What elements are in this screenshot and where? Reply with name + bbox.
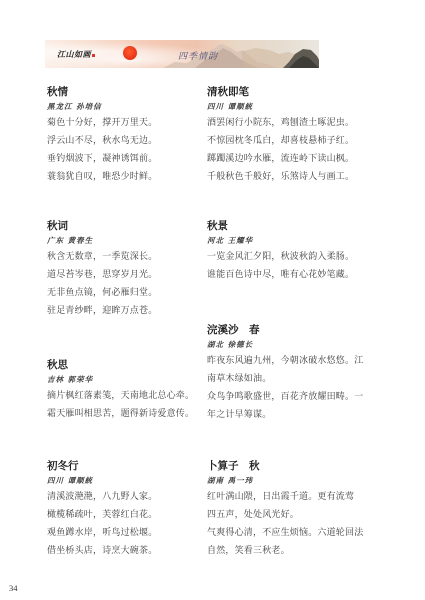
poem-huanxisha-chun: 浣溪沙 春 湖北 徐德长 昨夜东风遍九州，今朝冰破水悠悠。江 南草木绿如油。 众… bbox=[207, 322, 367, 424]
page-number: 34 bbox=[9, 583, 18, 593]
poem-author: 吉林 郭荣华 bbox=[47, 373, 207, 387]
poem-line: 橄榄稀疏叶，芙蓉红白花。 bbox=[47, 506, 207, 524]
poem-title: 浣溪沙 春 bbox=[207, 322, 367, 338]
poem-title: 秋词 bbox=[47, 218, 207, 234]
poem-author: 湖北 徐德长 bbox=[207, 338, 367, 352]
poem-line: 清溪波滟滟，八九野人家。 bbox=[47, 488, 207, 506]
poem-line: 垂钓烟波下，凝神诱饵前。 bbox=[47, 150, 207, 168]
poem-line: 不惊园枕冬瓜白，却喜枝悬柿子红。 bbox=[207, 132, 397, 150]
poem-line: 秋含无数章，一季览深长。 bbox=[47, 248, 207, 266]
poem-line: 无非鱼点镜，何必雁归堂。 bbox=[47, 284, 207, 302]
poem-line: 霜天雁叫相思苦，题得新诗爱意传。 bbox=[47, 405, 207, 423]
poem-line: 南草木绿如油。 bbox=[207, 370, 397, 388]
poem-author: 湖南 禹一玮 bbox=[207, 474, 367, 488]
banner-title: 四季情韵 bbox=[178, 49, 218, 62]
poem-qiuci: 秋词 广东 黄春生 秋含无数章，一季览深长。 道尽苔岑巷，思穿岁月光。 无非鱼点… bbox=[47, 218, 207, 320]
poem-line: 年之计早筹谋。 bbox=[207, 406, 397, 424]
poem-line: 菊色十分好，撑开万里天。 bbox=[47, 114, 207, 132]
poem-qingqiu-jibi: 清秋即笔 四川 谭顺統 酒罢闲行小院东，鸡刨渣土啄泥虫。 不惊园枕冬瓜白，却喜枝… bbox=[207, 84, 367, 186]
poem-busuanzi-qiu: 卜算子 秋 湖南 禹一玮 红叶满山隈，日出霞千道。更有流莺 四五声，处处风光好。… bbox=[207, 458, 367, 560]
poem-line: 众鸟争鸣歌盛世，百花齐放耀田畴。一 bbox=[207, 388, 397, 406]
poem-line: 千般秋色千般好，乐煞诗人与画工。 bbox=[207, 168, 397, 186]
poem-line: 昨夜东风遍九州，今朝冰破水悠悠。江 bbox=[207, 352, 397, 370]
poem-line: 红叶满山隈，日出霞千道。更有流莺 bbox=[207, 488, 397, 506]
poem-title: 初冬行 bbox=[47, 458, 207, 474]
poem-chudongxing: 初冬行 四川 谭顺統 清溪波滟滟，八九野人家。 橄榄稀疏叶，芙蓉红白花。 观鱼蹲… bbox=[47, 458, 207, 560]
poem-line: 蓑翁犹自叹，唯恐少时鲜。 bbox=[47, 168, 207, 186]
seal-icon bbox=[92, 54, 95, 57]
poem-line: 四五声，处处风光好。 bbox=[207, 506, 397, 524]
poem-author: 广东 黄春生 bbox=[47, 234, 207, 248]
poem-line: 酒罢闲行小院东，鸡刨渣土啄泥虫。 bbox=[207, 114, 397, 132]
banner-logo: 江山如画 bbox=[57, 49, 95, 60]
poem-line: 一览金风汇夕阳，秋波秋韵入柔肠。 bbox=[207, 248, 397, 266]
poem-qiuqing: 秋情 黑龙江 孙培信 菊色十分好，撑开万里天。 浮云山不尽，秋水鸟无边。 垂钓烟… bbox=[47, 84, 207, 186]
poem-author: 四川 谭顺統 bbox=[47, 474, 207, 488]
poem-line: 道尽苔岑巷，思穿岁月光。 bbox=[47, 266, 207, 284]
poem-author: 四川 谭顺統 bbox=[207, 100, 367, 114]
poem-title: 秋思 bbox=[47, 357, 207, 373]
poem-line: 摘片枫红落素笺，天南地北总心牵。 bbox=[47, 387, 207, 405]
header-banner: 江山如画 四季情韵 bbox=[45, 40, 319, 68]
poem-line: 踯躅溪边吟水雁，流连岭下读山枫。 bbox=[207, 150, 397, 168]
poem-line: 谁能百色诗中尽，唯有心花妙笔藏。 bbox=[207, 266, 397, 284]
poem-line: 浮云山不尽，秋水鸟无边。 bbox=[47, 132, 207, 150]
poem-title: 清秋即笔 bbox=[207, 84, 367, 100]
poem-author: 黑龙江 孙培信 bbox=[47, 100, 207, 114]
poem-qiusi: 秋思 吉林 郭荣华 摘片枫红落素笺，天南地北总心牵。 霜天雁叫相思苦，题得新诗爱… bbox=[47, 357, 207, 423]
poem-line: 自然，笑看三秋老。 bbox=[207, 542, 397, 560]
poem-author: 河北 王耀华 bbox=[207, 234, 367, 248]
poem-title: 卜算子 秋 bbox=[207, 458, 367, 474]
poem-qiujing: 秋景 河北 王耀华 一览金风汇夕阳，秋波秋韵入柔肠。 谁能百色诗中尽，唯有心花妙… bbox=[207, 218, 367, 284]
poem-title: 秋情 bbox=[47, 84, 207, 100]
poem-title: 秋景 bbox=[207, 218, 367, 234]
poem-line: 气爽得心清，不应生烦恼。六道轮回法 bbox=[207, 524, 397, 542]
poem-line: 观鱼蹲水岸，听鸟过松堰。 bbox=[47, 524, 207, 542]
poem-line: 驻足青纱畔，迎眸万点苍。 bbox=[47, 302, 207, 320]
poem-line: 借坐桥头店，诗烹大碗茶。 bbox=[47, 542, 207, 560]
